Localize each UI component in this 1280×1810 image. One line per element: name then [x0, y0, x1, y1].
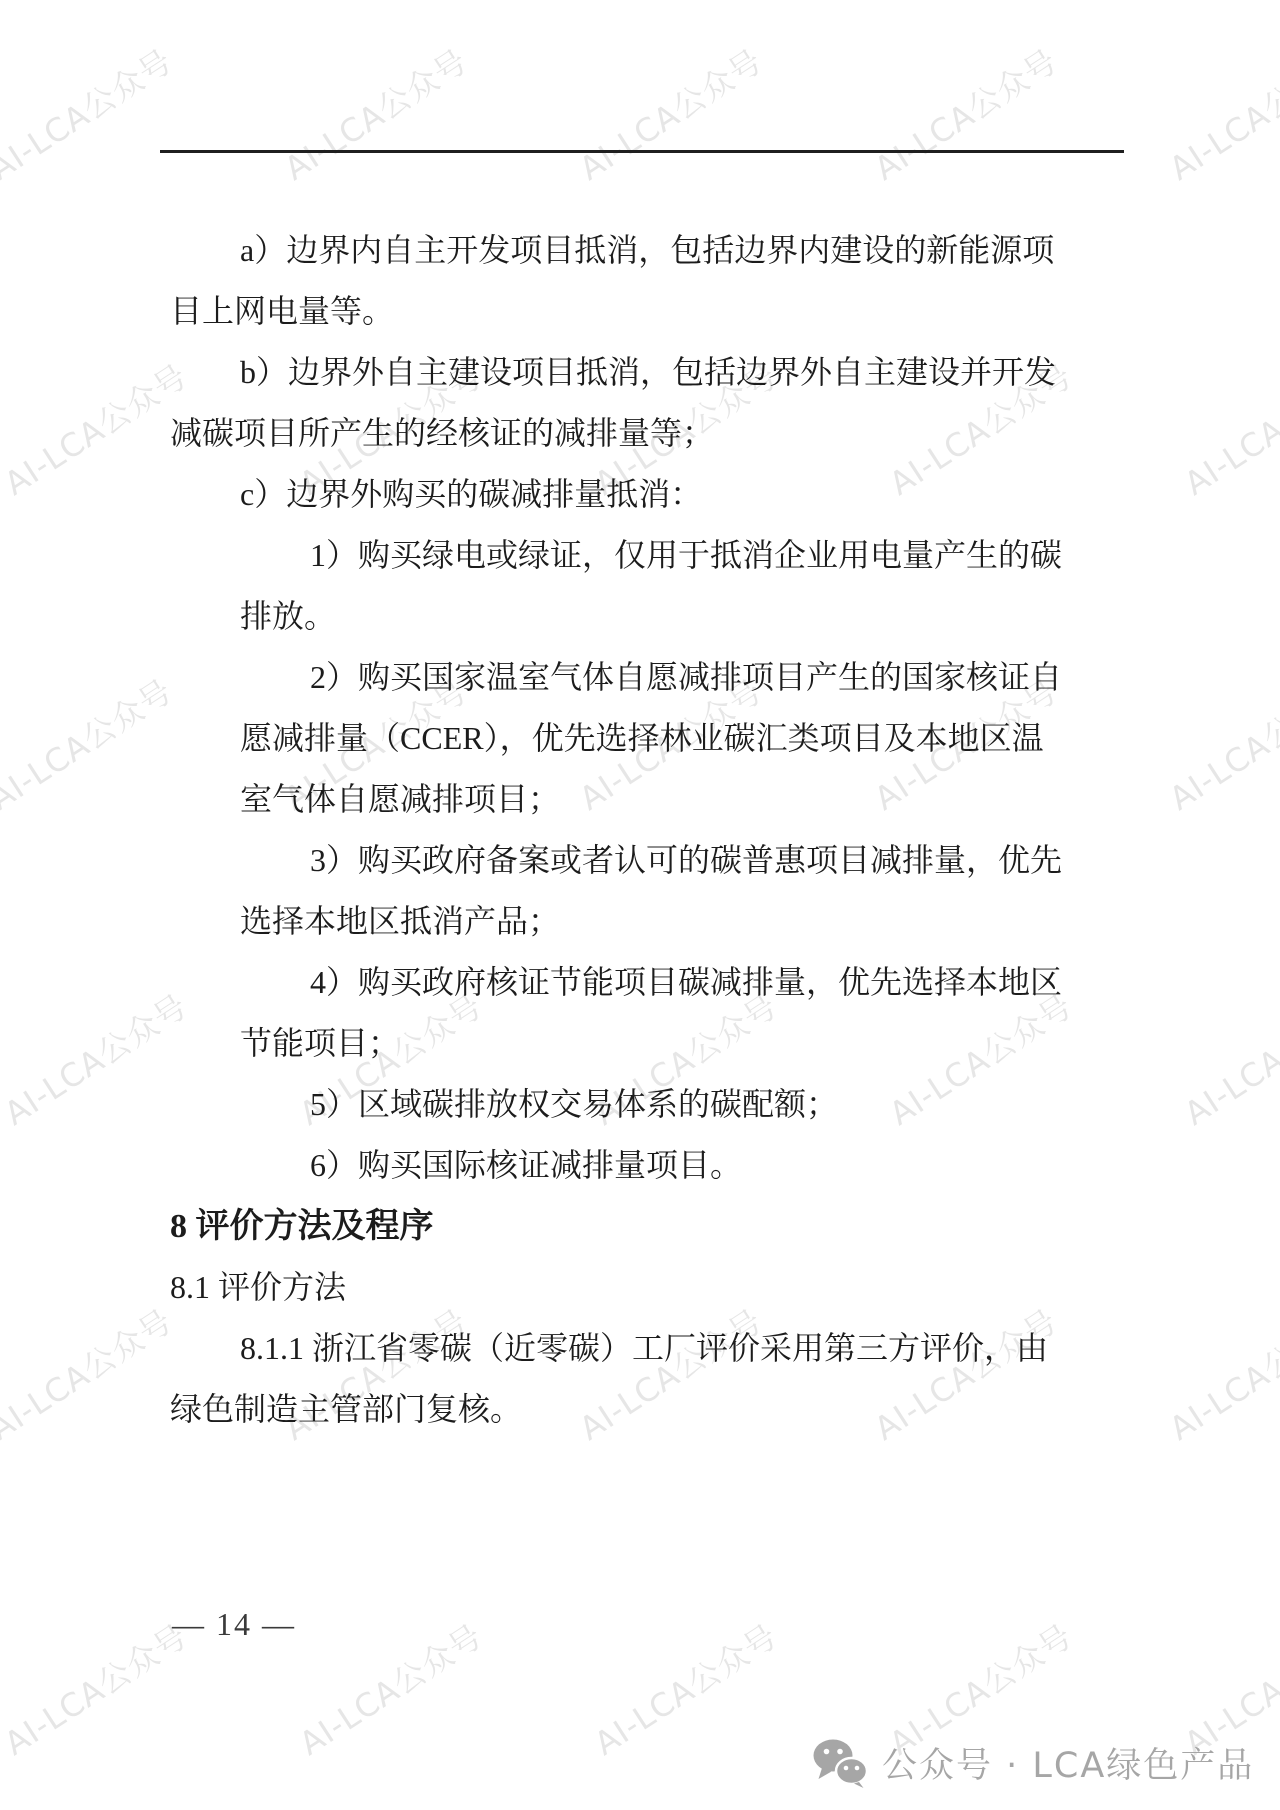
- footer-brand-label: 公众号 · LCA绿色产品: [882, 1738, 1254, 1788]
- watermark-text: AI-LCA公众号: [569, 37, 770, 190]
- watermark-text: AI-LCA公众号: [0, 352, 196, 505]
- watermark-text: AI-LCA公众号: [864, 37, 1065, 190]
- watermark-text: AI-LCA公众号: [0, 667, 181, 820]
- text-line: 绿色制造主管部门复核。: [170, 1379, 1135, 1440]
- text-line: 4）购买政府核证节能项目碳减排量，优先选择本地区: [170, 952, 1135, 1013]
- text-line: 8.1.1 浙江省零碳（近零碳）工厂评价采用第三方评价，由: [170, 1318, 1135, 1379]
- section-heading: 8 评价方法及程序: [170, 1196, 1135, 1257]
- subsection-heading: 8.1 评价方法: [170, 1257, 1135, 1318]
- text-line: 1）购买绿电或绿证，仅用于抵消企业用电量产生的碳: [170, 525, 1135, 586]
- watermark-text: AI-LCA公众号: [0, 1297, 181, 1450]
- page-number: — 14 —: [172, 1606, 296, 1643]
- watermark-text: AI-LCA公众号: [1174, 982, 1280, 1135]
- watermark-text: AI-LCA公众号: [0, 982, 196, 1135]
- wechat-icon: [812, 1738, 868, 1788]
- watermark-text: AI-LCA公众号: [0, 1612, 196, 1765]
- text-line: 6）购买国际核证减排量项目。: [170, 1135, 1135, 1196]
- watermark-text: AI-LCA公众号: [1159, 37, 1280, 190]
- header-rule: [160, 150, 1124, 153]
- text-line: c）边界外购买的碳减排量抵消：: [170, 464, 1135, 525]
- text-line: 节能项目；: [170, 1013, 1135, 1074]
- watermark-text: AI-LCA公众号: [0, 37, 181, 190]
- watermark-text: AI-LCA公众号: [1159, 1297, 1280, 1450]
- text-line: 室气体自愿减排项目；: [170, 769, 1135, 830]
- text-line: 选择本地区抵消产品；: [170, 891, 1135, 952]
- text-line: 5）区域碳排放权交易体系的碳配额；: [170, 1074, 1135, 1135]
- footer-brand: 公众号 · LCA绿色产品: [812, 1738, 1254, 1788]
- text-line: 目上网电量等。: [170, 281, 1135, 342]
- document-page: AI-LCA公众号AI-LCA公众号AI-LCA公众号AI-LCA公众号AI-L…: [0, 0, 1280, 1810]
- text-line: 愿减排量（CCER），优先选择林业碳汇类项目及本地区温: [170, 708, 1135, 769]
- text-line: b）边界外自主建设项目抵消，包括边界外自主建设并开发: [170, 342, 1135, 403]
- text-line: a）边界内自主开发项目抵消，包括边界内建设的新能源项: [170, 220, 1135, 281]
- watermark-text: AI-LCA公众号: [1174, 352, 1280, 505]
- watermark-text: AI-LCA公众号: [584, 1612, 785, 1765]
- watermark-text: AI-LCA公众号: [1159, 667, 1280, 820]
- document-body: a）边界内自主开发项目抵消，包括边界内建设的新能源项目上网电量等。b）边界外自主…: [170, 220, 1135, 1440]
- text-line: 2）购买国家温室气体自愿减排项目产生的国家核证自: [170, 647, 1135, 708]
- text-line: 3）购买政府备案或者认可的碳普惠项目减排量，优先: [170, 830, 1135, 891]
- watermark-text: AI-LCA公众号: [274, 37, 475, 190]
- text-line: 减碳项目所产生的经核证的减排量等；: [170, 403, 1135, 464]
- watermark-text: AI-LCA公众号: [289, 1612, 490, 1765]
- text-line: 排放。: [170, 586, 1135, 647]
